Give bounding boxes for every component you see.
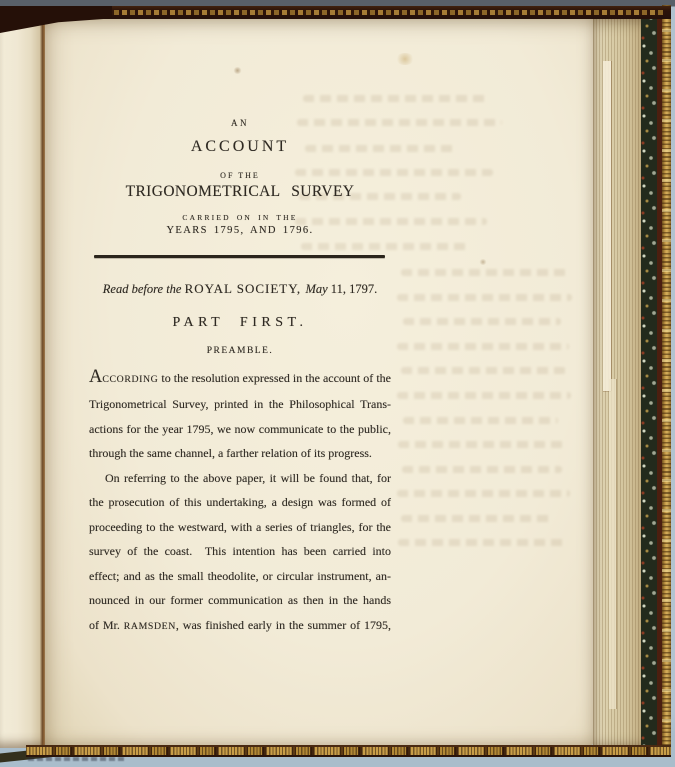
date-text: 11, 1797. xyxy=(331,282,377,296)
title-rule xyxy=(94,255,385,258)
credit-watermark xyxy=(28,757,126,761)
paragraph1-line: ACCORDING to the resolution expressed in… xyxy=(89,366,391,392)
foxing-stain xyxy=(479,259,487,265)
showthrough-line xyxy=(301,243,471,250)
title-line-of-the: OF THE xyxy=(89,171,391,180)
title-line-survey: TRIGONOMETRICAL SURVEY xyxy=(89,183,391,201)
title-line-an: AN xyxy=(89,118,391,128)
paragraph2-line: On referring to the above paper, it will… xyxy=(89,466,391,490)
paragraph2-line: effect; and as the small theodolite, or … xyxy=(89,564,391,588)
ramsden-smallcaps: RAMSDEN xyxy=(124,621,176,632)
showthrough-line xyxy=(397,490,570,497)
scan-background: AN ACCOUNT OF THE TRIGONOMETRICAL SURVEY… xyxy=(0,0,675,767)
showthrough-line xyxy=(303,95,488,102)
page-step-edge xyxy=(609,379,616,709)
paragraph2-line: proceeding to the westward, with a serie… xyxy=(89,515,391,539)
line-text: to the resolution expressed in the accou… xyxy=(158,371,391,385)
paragraph2-line: the prosecution of this undertaking, a d… xyxy=(89,490,391,514)
read-before-prefix: Read before the xyxy=(103,282,185,296)
paragraph1-line: actions for the year 1795, we now commun… xyxy=(89,417,391,441)
marbled-endpaper-strip xyxy=(641,7,657,757)
line-text: , was finished early in the summer of 17… xyxy=(176,618,391,632)
foxing-stain xyxy=(233,67,242,74)
paragraph2-line: survey of the coast. This intention has … xyxy=(89,539,391,563)
showthrough-line xyxy=(397,343,569,350)
title-line-account: ACCOUNT xyxy=(89,138,391,156)
showthrough-line xyxy=(398,539,566,546)
part-heading: PART FIRST. xyxy=(89,315,391,331)
read-before-line: Read before the ROYAL SOCIETY, May 11, 1… xyxy=(89,281,391,297)
book-page: AN ACCOUNT OF THE TRIGONOMETRICAL SURVEY… xyxy=(45,17,593,745)
facing-page-edge xyxy=(0,14,45,748)
body-text: ACCORDING to the resolution expressed in… xyxy=(89,366,391,639)
showthrough-line xyxy=(401,515,551,522)
page-step-edge xyxy=(603,61,611,391)
preamble-heading: PREAMBLE. xyxy=(89,346,391,356)
showthrough-line xyxy=(401,367,566,374)
showthrough-line xyxy=(397,392,571,399)
paragraph1-line: Trigonometrical Survey, printed in the P… xyxy=(89,392,391,416)
showthrough-line xyxy=(397,294,572,301)
showthrough-line xyxy=(403,417,558,424)
gold-tooling-right xyxy=(662,5,671,757)
foxing-stain xyxy=(395,53,415,65)
title-line-years: YEARS 1795, AND 1796. xyxy=(89,225,391,236)
royal-society-text: ROYAL SOCIETY, xyxy=(185,281,306,296)
month-text: May xyxy=(305,282,330,296)
book-cover-bottom-edge xyxy=(26,745,671,757)
page-stack-fore-edge xyxy=(593,19,641,747)
line-text: of Mr. xyxy=(89,618,124,632)
lead-initial: A xyxy=(89,367,102,387)
title-line-carried: CARRIED ON IN THE xyxy=(89,213,391,222)
showthrough-line xyxy=(403,318,561,325)
lead-smallcaps: CCORDING xyxy=(102,374,158,385)
showthrough-line xyxy=(401,269,569,276)
paragraph1-line: through the same channel, a farther rela… xyxy=(89,441,391,465)
showthrough-line xyxy=(398,441,568,448)
paragraph2-line: of Mr. RAMSDEN, was finished early in th… xyxy=(89,613,391,639)
paragraph2-line: nounced in our former communication as t… xyxy=(89,588,391,612)
showthrough-line xyxy=(402,466,562,473)
